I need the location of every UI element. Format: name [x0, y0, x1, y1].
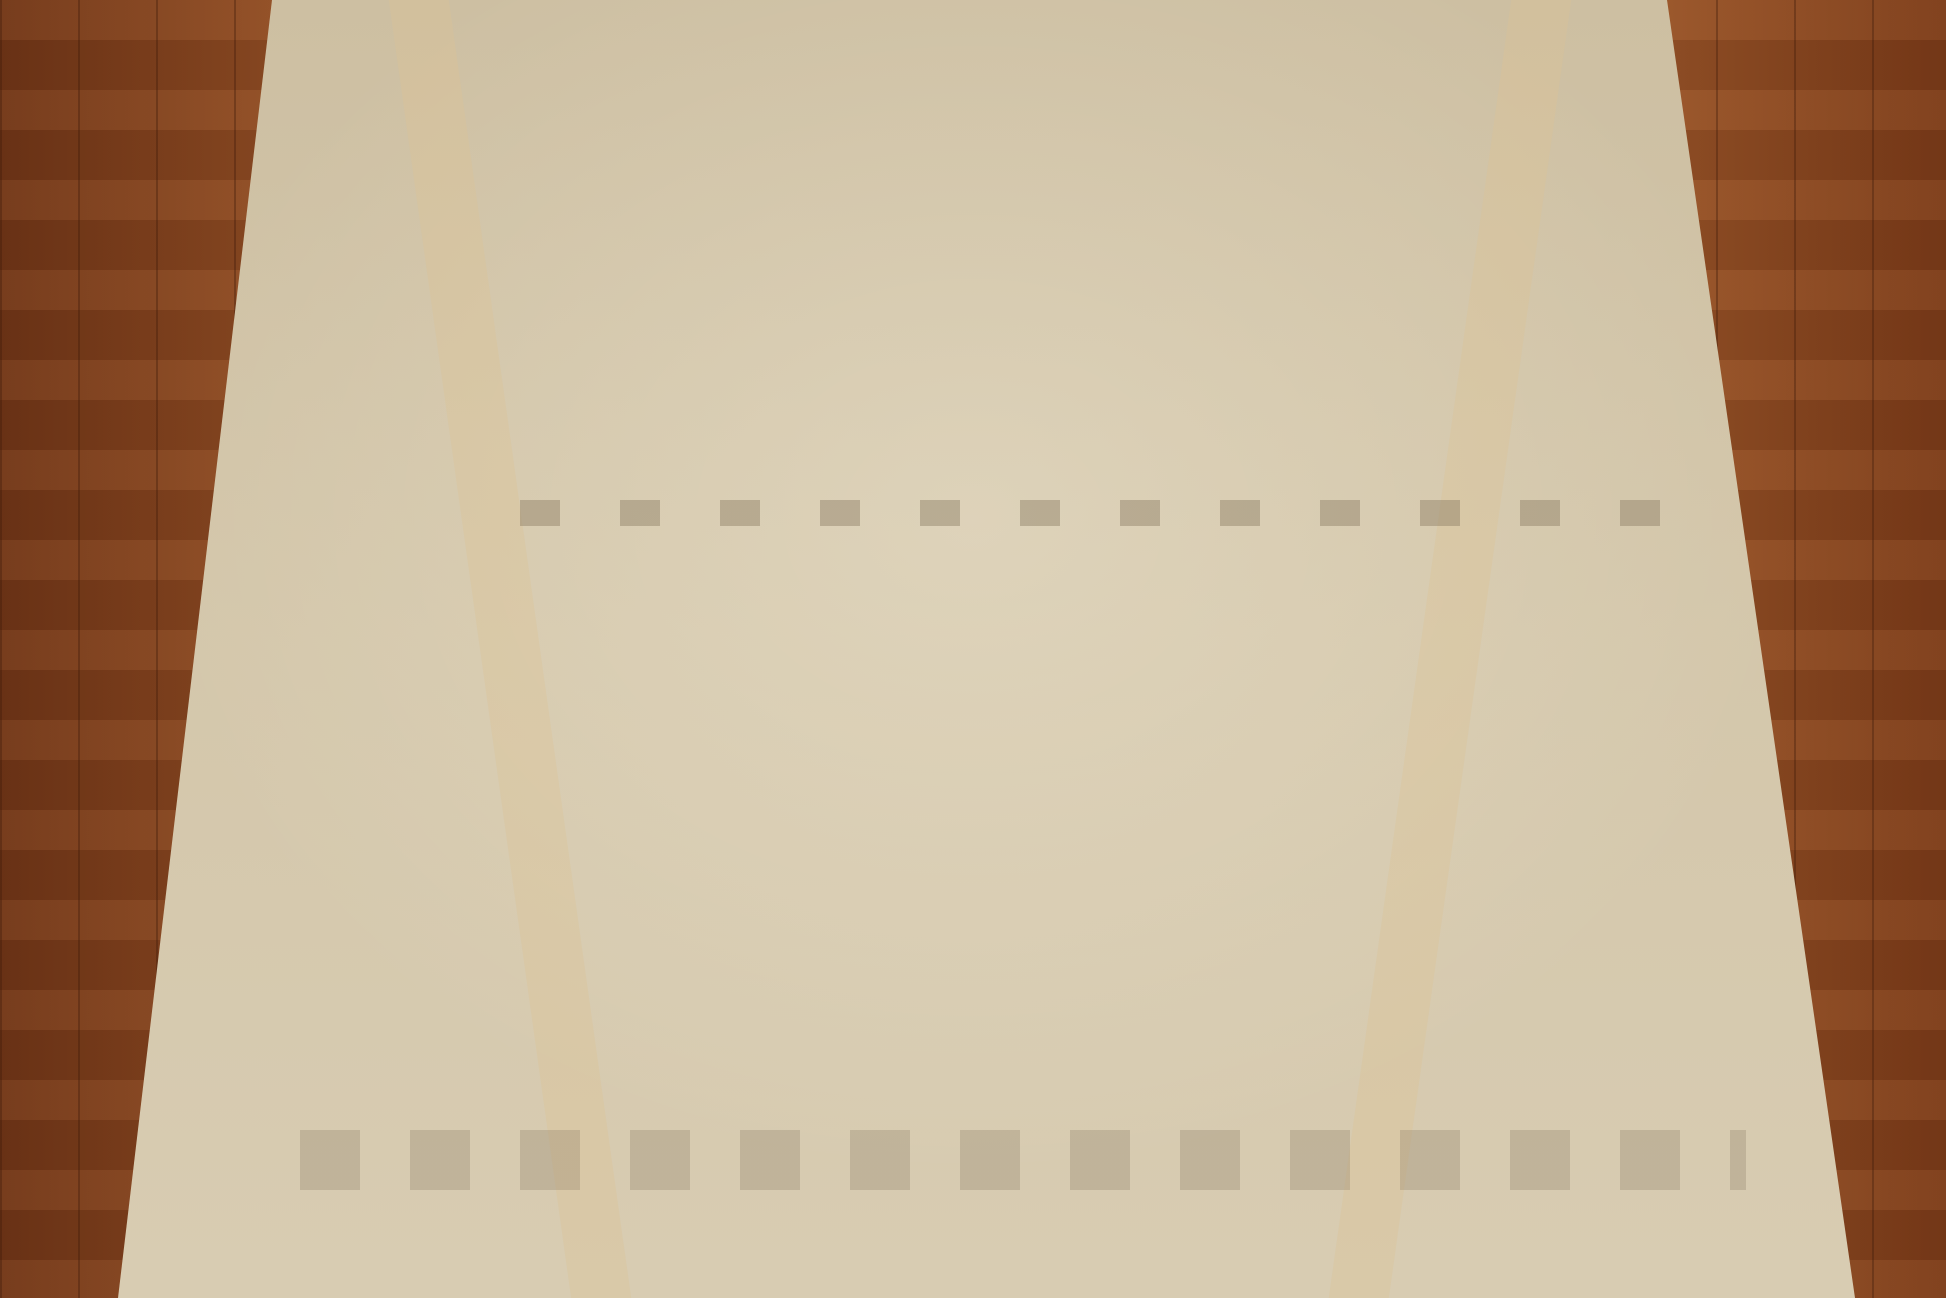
rug-inner-border-right [1329, 0, 1571, 1298]
rug-motif-band [520, 500, 1686, 526]
rug-bottom-motif-band [300, 1130, 1746, 1190]
rug [0, 0, 1946, 1298]
rug-inner-border-left [389, 0, 631, 1298]
